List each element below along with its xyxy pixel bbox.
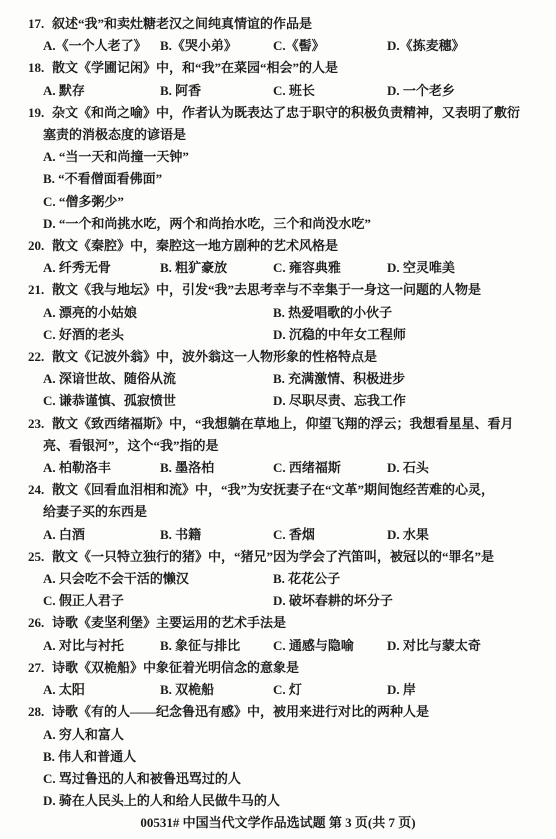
question-stem-continued: 亮、看银河”，这个“我”指的是 bbox=[43, 435, 556, 457]
question-number: 19. bbox=[28, 102, 44, 124]
option-D: D. 空灵唯美 bbox=[387, 257, 556, 279]
question-number: 21. bbox=[28, 279, 44, 301]
option-B: B. “不看僧面看佛面” bbox=[43, 168, 556, 190]
option-C: C. 雍容典雅 bbox=[273, 257, 387, 279]
option-D: D. 尽职尽责、忘我工作 bbox=[273, 390, 556, 412]
option-D: D. 石头 bbox=[387, 457, 556, 479]
option-D: D. 一个老乡 bbox=[387, 80, 556, 102]
question-number: 27. bbox=[28, 657, 44, 679]
option-B: B. 双桅船 bbox=[160, 679, 273, 701]
option-D: D. 对比与蒙太奇 bbox=[387, 635, 556, 657]
question-stem: 杂文《和尚之喻》中，作者认为既表达了忠于职守的积极负责精神，又表明了敷衍 bbox=[43, 102, 556, 124]
option-C: C. 假正人君子 bbox=[43, 590, 273, 612]
option-C: C.《髻》 bbox=[273, 35, 387, 57]
question-stem: 散文《致西绪福斯》中，“我想躺在草地上，仰望飞翔的浮云；我想看星星、看月 bbox=[43, 413, 556, 435]
options-group: A. 默存B. 阿香C. 班长D. 一个老乡 bbox=[43, 80, 556, 102]
option-B: B. 花花公子 bbox=[273, 568, 556, 590]
option-B: B. 热爱唱歌的小伙子 bbox=[273, 302, 556, 324]
option-B: B. 书籍 bbox=[160, 524, 273, 546]
exam-page: 17.叙述“我”和卖灶糖老汉之间纯真情谊的作品是A.《一个人老了》B.《哭小弟》… bbox=[0, 0, 556, 839]
question-17: 17.叙述“我”和卖灶糖老汉之间纯真情谊的作品是A.《一个人老了》B.《哭小弟》… bbox=[0, 13, 556, 57]
question-number: 22. bbox=[28, 346, 44, 368]
question-stem: 叙述“我”和卖灶糖老汉之间纯真情谊的作品是 bbox=[43, 13, 556, 35]
option-A: A. 默存 bbox=[43, 80, 160, 102]
question-27: 27.诗歌《双桅船》中象征着光明信念的意象是A. 太阳B. 双桅船C. 灯D. … bbox=[0, 657, 556, 701]
question-number: 25. bbox=[28, 546, 44, 568]
options-group: A. 白酒B. 书籍C. 香烟D. 水果 bbox=[43, 524, 556, 546]
page-footer: 00531# 中国当代文学作品选试题 第 3 页(共 7 页) bbox=[0, 812, 556, 834]
option-C: C. 灯 bbox=[273, 679, 387, 701]
question-number: 20. bbox=[28, 235, 44, 257]
option-D: D. 破坏春耕的坏分子 bbox=[273, 590, 556, 612]
question-number: 17. bbox=[28, 13, 44, 35]
question-21: 21.散文《我与地坛》中，引发“我”去思考幸与不幸集于一身这一问题的人物是A. … bbox=[0, 279, 556, 346]
option-A: A. 漂亮的小姑娘 bbox=[43, 302, 273, 324]
option-A: A. “当一天和尚撞一天钟” bbox=[43, 146, 556, 168]
question-stem-continued: 塞责的消极态度的谚语是 bbox=[43, 124, 556, 146]
question-28: 28.诗歌《有的人——纪念鲁迅有感》中，被用来进行对比的两种人是A. 穷人和富人… bbox=[0, 701, 556, 812]
question-number: 26. bbox=[28, 612, 44, 634]
options-group: A. “当一天和尚撞一天钟”B. “不看僧面看佛面”C. “僧多粥少”D. “一… bbox=[43, 146, 556, 235]
question-stem: 诗歌《有的人——纪念鲁迅有感》中，被用来进行对比的两种人是 bbox=[43, 701, 556, 723]
question-stem: 诗歌《麦坚利堡》主要运用的艺术手法是 bbox=[43, 612, 556, 634]
option-A: A.《一个人老了》 bbox=[43, 35, 160, 57]
option-A: A. 对比与衬托 bbox=[43, 635, 160, 657]
question-stem: 散文《秦腔》中，秦腔这一地方剧种的艺术风格是 bbox=[43, 235, 556, 257]
question-stem: 散文《我与地坛》中，引发“我”去思考幸与不幸集于一身这一问题的人物是 bbox=[43, 279, 556, 301]
option-C: C. 好酒的老头 bbox=[43, 324, 273, 346]
options-group: A. 漂亮的小姑娘B. 热爱唱歌的小伙子C. 好酒的老头D. 沉稳的中年女工程师 bbox=[43, 302, 556, 346]
options-group: A. 太阳B. 双桅船C. 灯D. 岸 bbox=[43, 679, 556, 701]
question-23: 23.散文《致西绪福斯》中，“我想躺在草地上，仰望飞翔的浮云；我想看星星、看月亮… bbox=[0, 413, 556, 480]
option-D: D. 岸 bbox=[387, 679, 556, 701]
question-stem: 散文《学圃记闲》中，和“我”在菜园“相会”的人是 bbox=[43, 57, 556, 79]
options-group: A. 柏勒洛丰B. 墨洛柏C. 西绪福斯D. 石头 bbox=[43, 457, 556, 479]
option-A: A. 白酒 bbox=[43, 524, 160, 546]
question-stem-continued: 给妻子买的东西是 bbox=[43, 501, 556, 523]
option-C: C. “僧多粥少” bbox=[43, 191, 556, 213]
option-A: A. 只会吃不会干活的懒汉 bbox=[43, 568, 273, 590]
question-stem: 散文《回看血泪相和流》中，“我”为安抚妻子在“文革”期间饱经苦难的心灵， bbox=[43, 479, 556, 501]
options-group: A. 深谙世故、随俗从流B. 充满激情、积极进步C. 谦恭谨慎、孤寂愤世D. 尽… bbox=[43, 368, 556, 412]
option-C: C. 骂过鲁迅的人和被鲁迅骂过的人 bbox=[43, 768, 556, 790]
option-C: C. 西绪福斯 bbox=[273, 457, 387, 479]
question-stem: 诗歌《双桅船》中象征着光明信念的意象是 bbox=[43, 657, 556, 679]
question-19: 19.杂文《和尚之喻》中，作者认为既表达了忠于职守的积极负责精神，又表明了敷衍塞… bbox=[0, 102, 556, 235]
option-B: B. 墨洛柏 bbox=[160, 457, 273, 479]
option-B: B. 阿香 bbox=[160, 80, 273, 102]
question-stem: 散文《一只特立独行的猪》中，“猪兄”因为学会了汽笛叫，被冠以的“罪名”是 bbox=[43, 546, 556, 568]
question-number: 23. bbox=[28, 413, 44, 435]
option-A: A. 太阳 bbox=[43, 679, 160, 701]
option-D: D. “一个和尚挑水吃，两个和尚抬水吃，三个和尚没水吃” bbox=[43, 213, 556, 235]
question-list: 17.叙述“我”和卖灶糖老汉之间纯真情谊的作品是A.《一个人老了》B.《哭小弟》… bbox=[0, 13, 556, 812]
option-B: B. 充满激情、积极进步 bbox=[273, 368, 556, 390]
question-22: 22.散文《记波外翁》中，波外翁这一人物形象的性格特点是A. 深谙世故、随俗从流… bbox=[0, 346, 556, 413]
options-group: A.《一个人老了》B.《哭小弟》C.《髻》D.《拣麦穗》 bbox=[43, 35, 556, 57]
option-D: D. 水果 bbox=[387, 524, 556, 546]
option-B: B. 象征与排比 bbox=[160, 635, 273, 657]
option-C: C. 香烟 bbox=[273, 524, 387, 546]
question-20: 20.散文《秦腔》中，秦腔这一地方剧种的艺术风格是A. 纤秀无骨B. 粗犷豪放C… bbox=[0, 235, 556, 279]
options-group: A. 对比与衬托B. 象征与排比C. 通感与隐喻D. 对比与蒙太奇 bbox=[43, 635, 556, 657]
question-24: 24.散文《回看血泪相和流》中，“我”为安抚妻子在“文革”期间饱经苦难的心灵，给… bbox=[0, 479, 556, 546]
option-B: B.《哭小弟》 bbox=[160, 35, 273, 57]
option-C: C. 班长 bbox=[273, 80, 387, 102]
question-number: 24. bbox=[28, 479, 44, 501]
option-D: D.《拣麦穗》 bbox=[387, 35, 556, 57]
options-group: A. 纤秀无骨B. 粗犷豪放C. 雍容典雅D. 空灵唯美 bbox=[43, 257, 556, 279]
option-C: C. 通感与隐喻 bbox=[273, 635, 387, 657]
question-number: 28. bbox=[28, 701, 44, 723]
question-26: 26.诗歌《麦坚利堡》主要运用的艺术手法是A. 对比与衬托B. 象征与排比C. … bbox=[0, 612, 556, 656]
option-D: D. 骑在人民头上的人和给人民做牛马的人 bbox=[43, 790, 556, 812]
question-25: 25.散文《一只特立独行的猪》中，“猪兄”因为学会了汽笛叫，被冠以的“罪名”是A… bbox=[0, 546, 556, 613]
option-B: B. 伟人和普通人 bbox=[43, 746, 556, 768]
question-18: 18.散文《学圃记闲》中，和“我”在菜园“相会”的人是A. 默存B. 阿香C. … bbox=[0, 57, 556, 101]
option-A: A. 深谙世故、随俗从流 bbox=[43, 368, 273, 390]
options-group: A. 只会吃不会干活的懒汉B. 花花公子C. 假正人君子D. 破坏春耕的坏分子 bbox=[43, 568, 556, 612]
option-A: A. 纤秀无骨 bbox=[43, 257, 160, 279]
question-number: 18. bbox=[28, 57, 44, 79]
option-A: A. 穷人和富人 bbox=[43, 724, 556, 746]
question-stem: 散文《记波外翁》中，波外翁这一人物形象的性格特点是 bbox=[43, 346, 556, 368]
options-group: A. 穷人和富人B. 伟人和普通人C. 骂过鲁迅的人和被鲁迅骂过的人D. 骑在人… bbox=[43, 724, 556, 813]
option-A: A. 柏勒洛丰 bbox=[43, 457, 160, 479]
option-C: C. 谦恭谨慎、孤寂愤世 bbox=[43, 390, 273, 412]
option-B: B. 粗犷豪放 bbox=[160, 257, 273, 279]
option-D: D. 沉稳的中年女工程师 bbox=[273, 324, 556, 346]
